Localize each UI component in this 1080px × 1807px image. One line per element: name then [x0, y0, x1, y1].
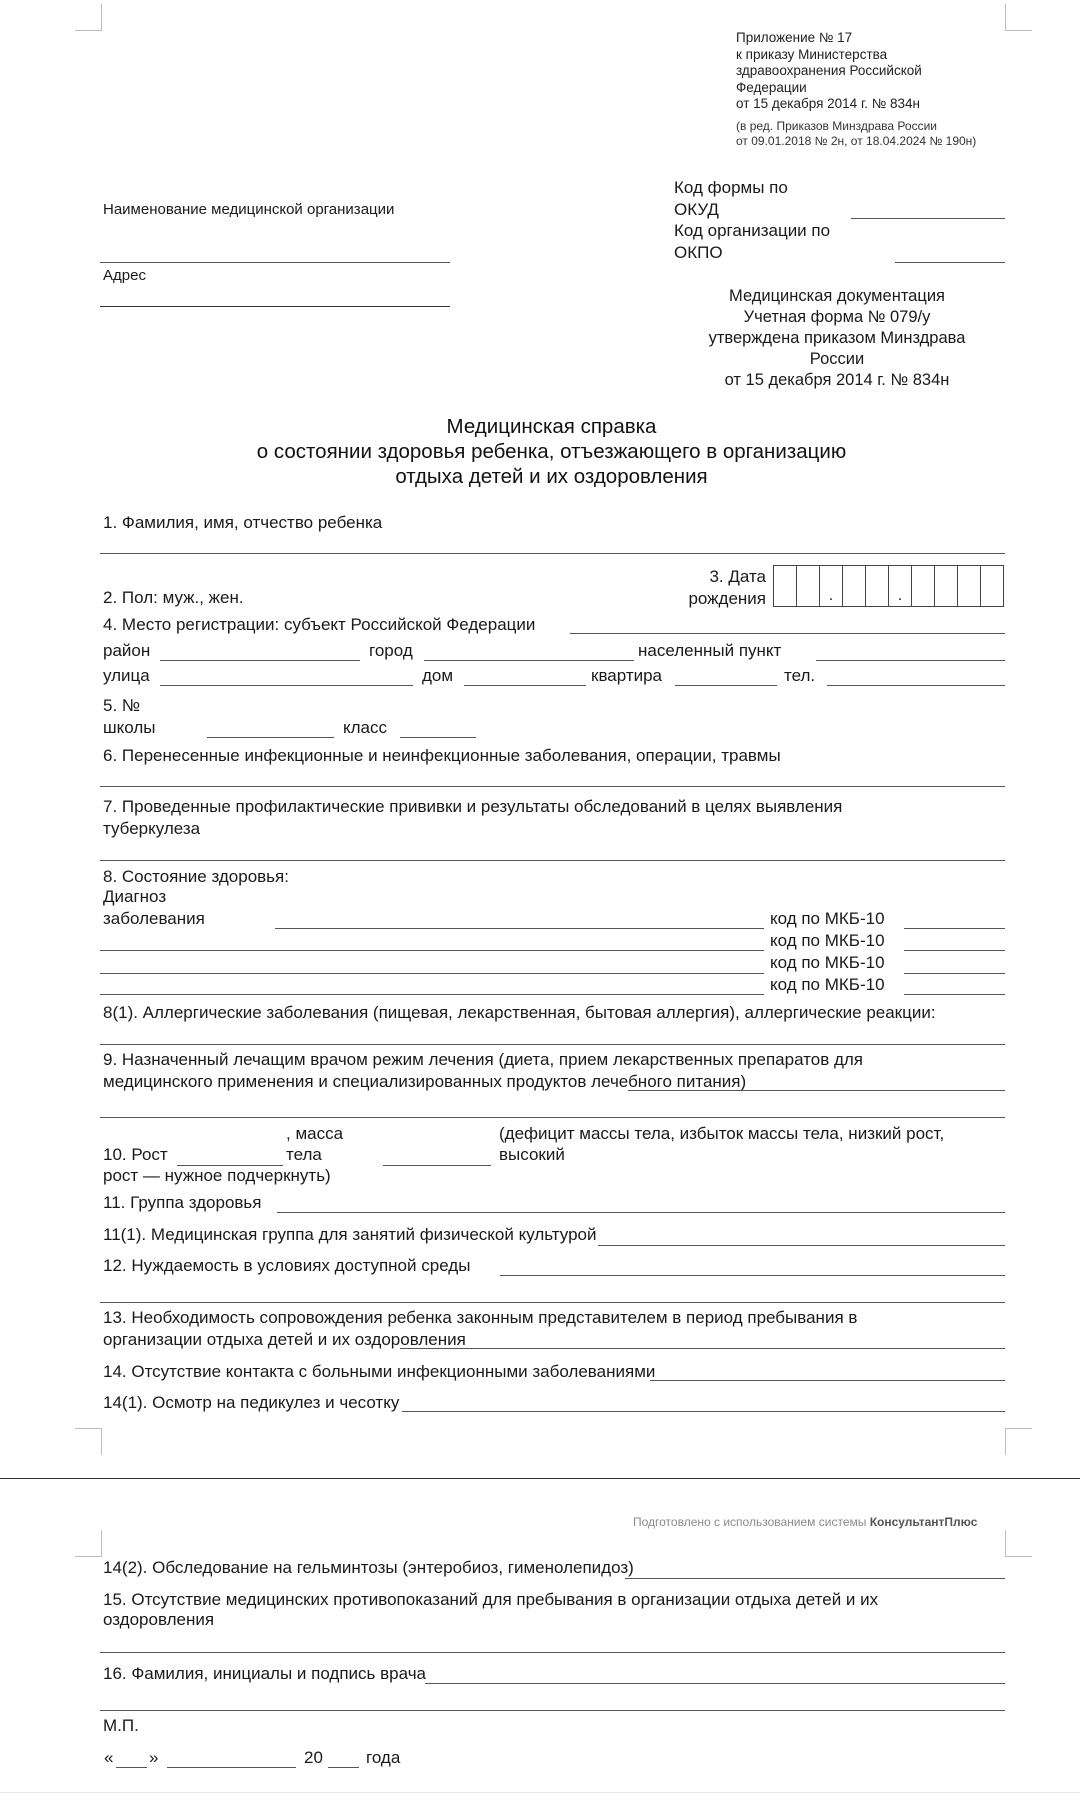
annex-revision: (в ред. Приказов Минздрава России [736, 119, 976, 134]
address-label: Адрес [103, 267, 146, 284]
phone-label: тел. [784, 666, 815, 686]
date-digit-cell[interactable] [774, 566, 797, 606]
grade-label: класс [343, 718, 387, 738]
school-field[interactable] [207, 737, 334, 738]
school-label: школы [103, 718, 156, 738]
item-14-label: 14. Отсутствие контакта с больными инфек… [103, 1362, 655, 1382]
okpo-label: ОКПО [674, 242, 830, 264]
district-field[interactable] [160, 660, 360, 661]
vaccinations-field[interactable] [100, 860, 1005, 861]
item-4-label: 4. Место регистрации: субъект Российской… [103, 615, 535, 635]
accessibility-field-2[interactable] [100, 1302, 1005, 1303]
page-corner-mark [75, 4, 102, 31]
okud-label: Код формы по [674, 177, 830, 199]
year-field[interactable] [328, 1767, 359, 1768]
page-bottom-divider [0, 1792, 1080, 1793]
okpo-label: Код организации по [674, 220, 830, 242]
title-line: отдыха детей и их оздоровления [0, 464, 1080, 489]
form-info-line: Учетная форма № 079/у [657, 307, 1017, 328]
page-break [0, 1478, 1080, 1479]
annex-line: здравоохранения Российской [736, 63, 976, 80]
annex-block: Приложение № 17 к приказу Министерства з… [736, 30, 976, 149]
diagnosis-label-cont: заболевания [103, 909, 205, 929]
accessibility-field-1[interactable] [500, 1275, 1005, 1276]
grade-field[interactable] [400, 737, 476, 738]
form-info-line: от 15 декабря 2014 г. № 834н [657, 370, 1017, 391]
street-label: улица [103, 666, 150, 686]
icd-code-field-4[interactable] [904, 994, 1005, 995]
diagnosis-field-2[interactable] [100, 950, 764, 951]
physique-note: (дефицит массы тела, избыток массы тела,… [499, 1124, 944, 1144]
annex-line: Федерации [736, 80, 976, 97]
month-field[interactable] [167, 1767, 296, 1768]
item-7-label-cont: туберкулеза [103, 819, 200, 839]
mass-label: , масса [286, 1124, 343, 1144]
item-14-2-label: 14(2). Обследование на гельминтозы (энте… [103, 1558, 634, 1578]
item-15-label-cont: оздоровления [103, 1610, 214, 1630]
item-6-label: 6. Перенесенные инфекционные и неинфекци… [103, 746, 781, 766]
form-info-line: России [657, 349, 1017, 370]
item-8-1-label: 8(1). Аллергические заболевания (пищевая… [103, 1003, 936, 1023]
item-3-label-line: 3. Дата [660, 566, 766, 588]
item-2-label: 2. Пол: муж., жен. [103, 588, 244, 608]
date-cell-text: . [820, 588, 842, 604]
icd-label: код по МКБ-10 [770, 953, 885, 973]
form-info: Медицинская документация Учетная форма №… [657, 286, 1017, 391]
quote-close: » [149, 1748, 158, 1768]
escort-field[interactable] [400, 1348, 1005, 1349]
doctor-signature-field-2[interactable] [100, 1710, 1005, 1711]
date-separator-cell: . [820, 566, 843, 606]
diseases-field[interactable] [100, 786, 1005, 787]
physique-note-end: рост — нужное подчеркнуть) [103, 1166, 331, 1186]
item-15-label: 15. Отсутствие медицинских противопоказа… [103, 1590, 878, 1610]
item-3-label: 3. Дата рождения [660, 566, 766, 610]
diagnosis-field-4[interactable] [100, 994, 764, 995]
treatment-field-2[interactable] [100, 1117, 1005, 1118]
mass-field[interactable] [383, 1165, 491, 1166]
icd-label: код по МКБ-10 [770, 975, 885, 995]
annex-revision: от 09.01.2018 № 2н, от 18.04.2024 № 190н… [736, 134, 976, 149]
annex-line: к приказу Министерства [736, 47, 976, 64]
diagnosis-field-1[interactable] [275, 928, 764, 929]
page-corner-mark [1005, 1428, 1032, 1455]
consultant-brand: КонсультантПлюс [870, 1515, 978, 1529]
apartment-label: квартира [591, 666, 662, 686]
okud-label: ОКУД [674, 199, 830, 221]
page-corner-mark [75, 1428, 102, 1455]
date-digit-cell[interactable] [958, 566, 981, 606]
title-line: о состоянии здоровья ребенка, отъезжающе… [0, 439, 1080, 464]
locality-field[interactable] [816, 660, 1005, 661]
org-name-field[interactable] [100, 262, 450, 263]
item-9-label-cont: медицинского применения и специализирова… [103, 1072, 746, 1092]
region-field[interactable] [570, 633, 1005, 634]
stamp-label: М.П. [103, 1716, 139, 1736]
icd-label: код по МКБ-10 [770, 931, 885, 951]
street-field[interactable] [160, 685, 413, 686]
item-12-label: 12. Нуждаемость в условиях доступной сре… [103, 1256, 470, 1276]
org-name-label: Наименование медицинской организации [103, 201, 394, 218]
okpo-field[interactable] [895, 262, 1005, 263]
physique-note-cont: высокий [499, 1145, 565, 1165]
item-16-label: 16. Фамилия, инициалы и подпись врача [103, 1664, 426, 1684]
birth-date-boxes[interactable]: .. [773, 565, 1004, 607]
item-11-1-label: 11(1). Медицинская группа для занятий фи… [103, 1225, 596, 1245]
codes-block: Код формы по ОКУД Код организации по ОКП… [674, 177, 830, 263]
document-title: Медицинская справка о состоянии здоровья… [0, 414, 1080, 489]
lice-scabies-field[interactable] [402, 1411, 1005, 1412]
doctor-signature-field[interactable] [425, 1683, 1005, 1684]
date-cell-text: . [889, 588, 911, 604]
item-5-label: 5. № [103, 696, 140, 716]
helminth-field[interactable] [625, 1578, 1005, 1579]
quote-open: « [104, 1748, 113, 1768]
item-14-1-label: 14(1). Осмотр на педикулез и чесотку [103, 1393, 399, 1413]
date-separator-cell: . [889, 566, 912, 606]
item-9-label: 9. Назначенный лечащим врачом режим лече… [103, 1050, 863, 1070]
date-digit-cell[interactable] [797, 566, 820, 606]
day-field[interactable] [116, 1767, 147, 1768]
phone-field[interactable] [827, 685, 1005, 686]
prepared-note-text: Подготовлено с использованием системы [633, 1515, 870, 1529]
item-13-label-cont: организации отдыха детей и их оздоровлен… [103, 1330, 466, 1350]
treatment-field-1[interactable] [628, 1090, 1005, 1091]
locality-label: населенный пункт [638, 641, 781, 661]
item-8-label: 8. Состояние здоровья: [103, 867, 289, 887]
icd-label: код по МКБ-10 [770, 909, 885, 929]
title-line: Медицинская справка [0, 414, 1080, 439]
house-field[interactable] [464, 685, 586, 686]
item-1-label: 1. Фамилия, имя, отчество ребенка [103, 513, 382, 533]
date-digit-cell[interactable] [866, 566, 889, 606]
no-contact-field[interactable] [650, 1380, 1005, 1381]
item-7-label: 7. Проведенные профилактические прививки… [103, 797, 842, 817]
form-info-line: утверждена приказом Минздрава [657, 328, 1017, 349]
mass-label-cont: тела [286, 1145, 322, 1165]
pe-group-field[interactable] [598, 1245, 1005, 1246]
year-suffix: года [366, 1748, 400, 1768]
house-label: дом [422, 666, 453, 686]
year-prefix: 20 [304, 1748, 323, 1768]
icd-code-field-2[interactable] [904, 950, 1005, 951]
page-corner-mark [1005, 1530, 1032, 1557]
diagnosis-label: Диагноз [103, 887, 166, 907]
city-field[interactable] [424, 660, 634, 661]
item-13-label: 13. Необходимость сопровождения ребенка … [103, 1308, 857, 1328]
item-3-label-line: рождения [660, 588, 766, 610]
annex-line: Приложение № 17 [736, 30, 976, 47]
prepared-note: Подготовлено с использованием системы Ко… [633, 1515, 977, 1529]
icd-code-field-1[interactable] [904, 928, 1005, 929]
date-digit-cell[interactable] [981, 566, 1003, 606]
diagnosis-field-3[interactable] [100, 973, 764, 974]
child-name-field[interactable] [100, 553, 1005, 554]
okud-field[interactable] [851, 218, 1005, 219]
apartment-field[interactable] [675, 685, 777, 686]
district-label: район [103, 641, 150, 661]
address-field[interactable] [100, 306, 450, 307]
health-group-field[interactable] [277, 1212, 1005, 1213]
item-11-label: 11. Группа здоровья [103, 1193, 262, 1213]
date-digit-cell[interactable] [843, 566, 866, 606]
icd-code-field-3[interactable] [904, 973, 1005, 974]
annex-line: от 15 декабря 2014 г. № 834н [736, 96, 976, 113]
page-corner-mark [75, 1530, 102, 1557]
page-corner-mark [1005, 4, 1032, 31]
date-digit-cell[interactable] [912, 566, 935, 606]
item-10-label: 10. Рост [103, 1145, 168, 1165]
allergies-field[interactable] [100, 1044, 1005, 1045]
contraindications-field[interactable] [100, 1652, 1005, 1653]
form-info-line: Медицинская документация [657, 286, 1017, 307]
city-label: город [369, 641, 413, 661]
date-digit-cell[interactable] [935, 566, 958, 606]
